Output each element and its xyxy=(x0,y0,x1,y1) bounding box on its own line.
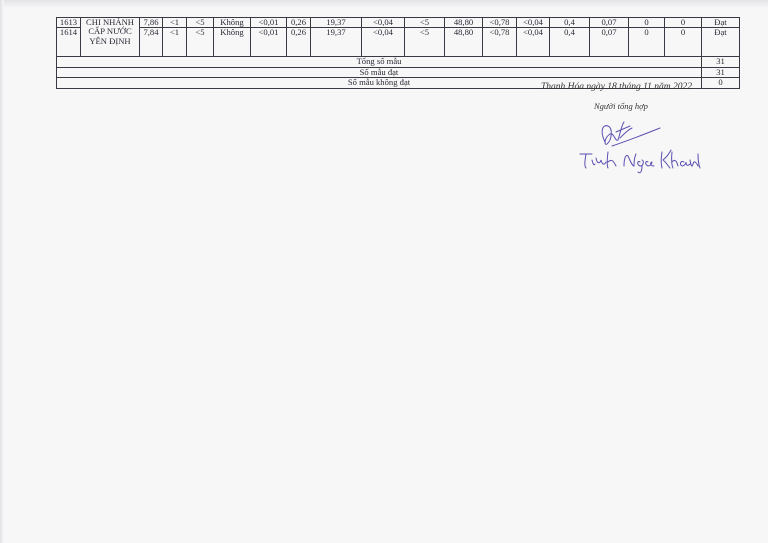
value-cell: 48,80 xyxy=(445,28,483,57)
value-cell: <5 xyxy=(405,18,445,28)
summary-label: Tổng số mẫu xyxy=(57,57,702,67)
table-row: 16147,84<1<5Không<0,010,2619,37<0,04<548… xyxy=(57,28,740,57)
value-cell: 0 xyxy=(665,18,702,28)
value-cell: <5 xyxy=(187,28,214,57)
value-cell: 0 xyxy=(629,18,665,28)
unit-name: CHI NHÁNHCẤP NƯỚCYÊN ĐỊNH xyxy=(81,18,140,57)
result-cell: Đạt xyxy=(702,18,740,28)
value-cell: <0,04 xyxy=(362,18,405,28)
value-cell: 0,4 xyxy=(550,18,590,28)
value-cell: Không xyxy=(214,18,251,28)
value-cell: 48,80 xyxy=(445,18,483,28)
value-cell: 7,84 xyxy=(140,28,163,57)
value-cell: <1 xyxy=(163,18,187,28)
scan-border-left xyxy=(0,0,4,543)
summary-value: 31 xyxy=(702,57,740,67)
scan-border-top xyxy=(0,0,768,7)
value-cell: <5 xyxy=(187,18,214,28)
value-cell: <0,78 xyxy=(483,18,517,28)
results-table: 1613CHI NHÁNHCẤP NƯỚCYÊN ĐỊNH7,86<1<5Khô… xyxy=(56,17,740,89)
value-cell: <0,04 xyxy=(362,28,405,57)
sample-id: 1613 xyxy=(57,18,81,28)
summary-value: 0 xyxy=(702,78,740,88)
value-cell: 19,37 xyxy=(311,18,362,28)
sample-id: 1614 xyxy=(57,28,81,57)
value-cell: 19,37 xyxy=(311,28,362,57)
summary-value: 31 xyxy=(702,67,740,77)
value-cell: 0,26 xyxy=(287,18,311,28)
summary-row: Tổng số mẫu31 xyxy=(57,57,740,67)
place-date: Thanh Hóa ngày 18 tháng 11 năm 2022 xyxy=(541,82,692,92)
value-cell: <0,04 xyxy=(517,28,550,57)
value-cell: <5 xyxy=(405,28,445,57)
value-cell: 7,86 xyxy=(140,18,163,28)
value-cell: <0,01 xyxy=(251,28,287,57)
signer-role: Người tổng hợp xyxy=(594,101,648,111)
unit-name-line: YÊN ĐỊNH xyxy=(83,37,137,46)
value-cell: 0 xyxy=(665,28,702,57)
value-cell: <0,78 xyxy=(483,28,517,57)
result-cell: Đạt xyxy=(702,28,740,57)
value-cell: 0,26 xyxy=(287,28,311,57)
summary-label: Số mẫu đạt xyxy=(57,67,702,77)
value-cell: 0 xyxy=(629,28,665,57)
value-cell: <1 xyxy=(163,28,187,57)
value-cell: <0,04 xyxy=(517,18,550,28)
value-cell: 0,07 xyxy=(590,18,629,28)
signature xyxy=(560,112,710,174)
value-cell: Không xyxy=(214,28,251,57)
value-cell: 0,07 xyxy=(590,28,629,57)
summary-row: Số mẫu đạt31 xyxy=(57,67,740,77)
value-cell: 0,4 xyxy=(550,28,590,57)
value-cell: <0,01 xyxy=(251,18,287,28)
table-row: 1613CHI NHÁNHCẤP NƯỚCYÊN ĐỊNH7,86<1<5Khô… xyxy=(57,18,740,28)
